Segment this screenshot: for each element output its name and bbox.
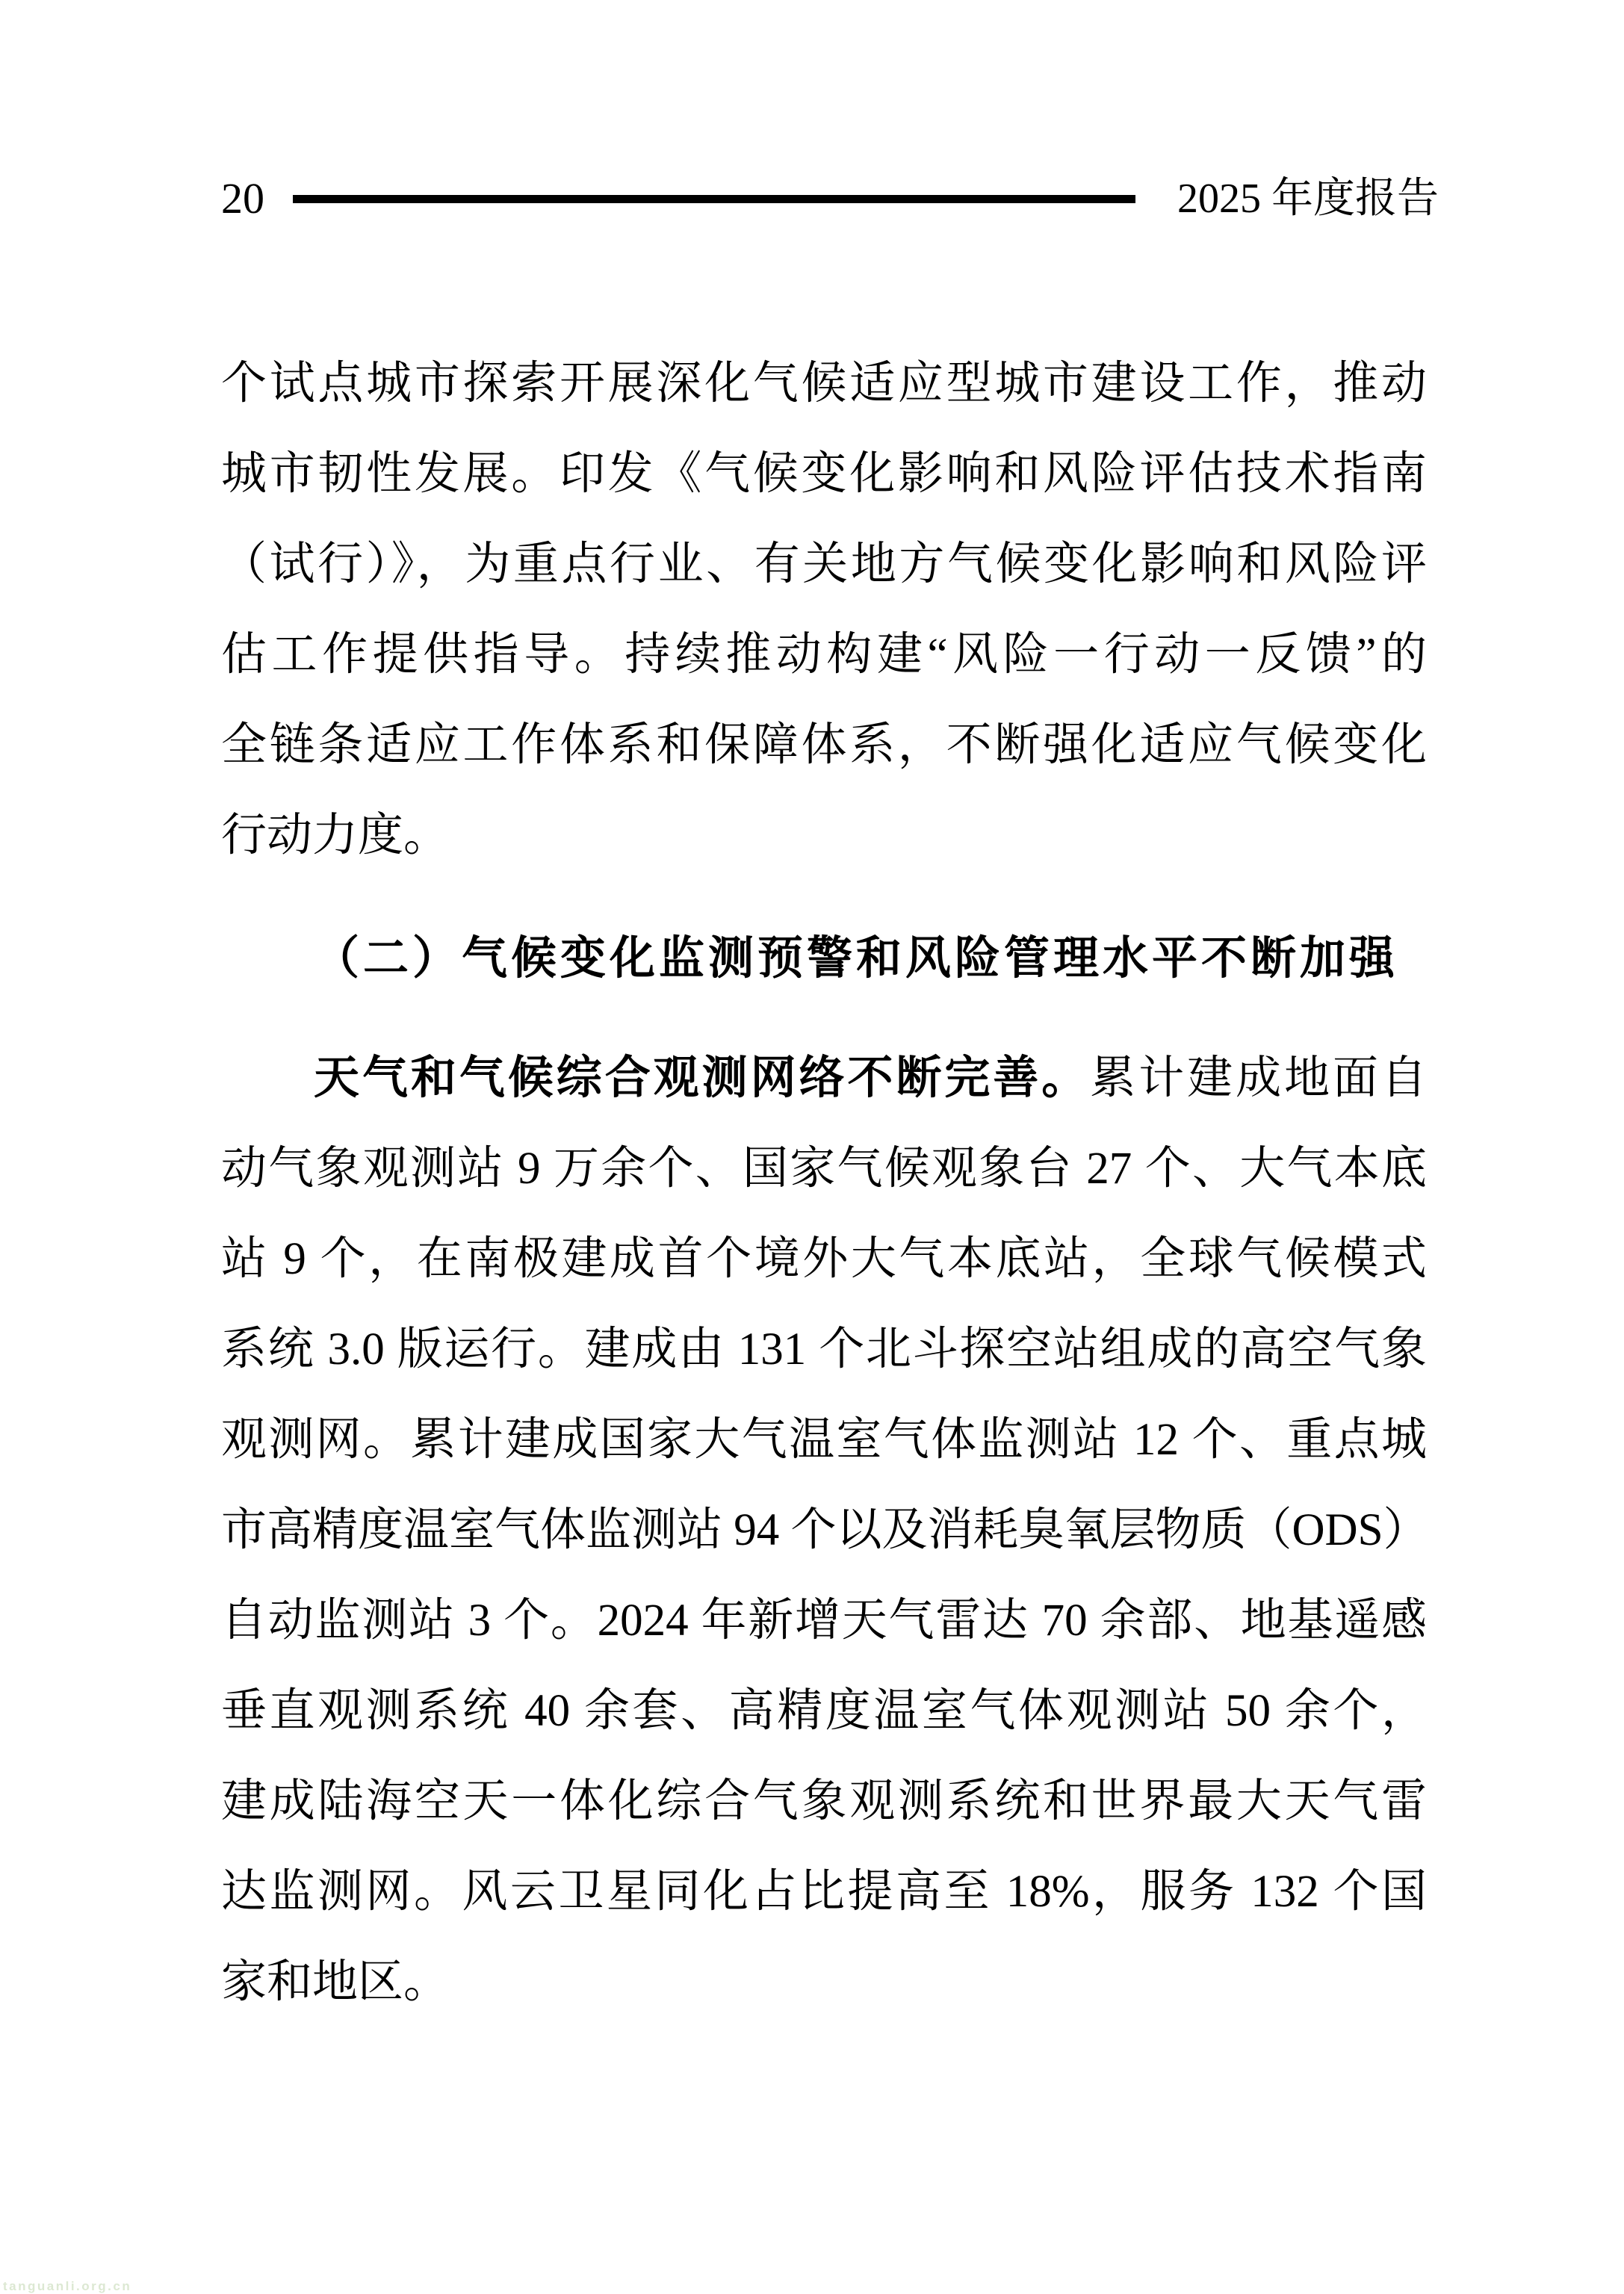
paragraph-line: 城市韧性发展。印发《气候变化影响和风险评估技术指南 bbox=[221, 429, 1427, 519]
paragraph-line: 家和地区。 bbox=[221, 1937, 1427, 2027]
page-number: 20 bbox=[221, 177, 264, 220]
paragraph-line: 行动力度。 bbox=[221, 790, 1427, 881]
paragraph-line: 天气和气候综合观测网络不断完善。累计建成地面自 bbox=[221, 1033, 1427, 1123]
section-heading: （二）气候变化监测预警和风险管理水平不断加强 bbox=[221, 914, 1427, 1004]
paragraph-line: 达监测网。风云卫星同化占比提高至 18%，服务 132 个国 bbox=[221, 1847, 1427, 1937]
paragraph-line: 自动监测站 3 个。2024 年新增天气雷达 70 余部、地基遥感 bbox=[221, 1575, 1427, 1666]
paragraph-line: 全链条适应工作体系和保障体系，不断强化适应气候变化 bbox=[221, 700, 1427, 790]
header-rule bbox=[293, 195, 1135, 203]
paragraph-line: 个试点城市探索开展深化气候适应型城市建设工作，推动 bbox=[221, 338, 1427, 429]
paragraph-lead-bold: 天气和气候综合观测网络不断完善。 bbox=[314, 1053, 1090, 1103]
paragraph-line: 估工作提供指导。持续推动构建“风险一行动一反馈”的 bbox=[221, 610, 1427, 700]
paragraph-lead-rest: 累计建成地面自 bbox=[1090, 1053, 1427, 1103]
document-body: 个试点城市探索开展深化气候适应型城市建设工作，推动 城市韧性发展。印发《气候变化… bbox=[221, 338, 1427, 2027]
paragraph-line: 动气象观测站 9 万余个、国家气候观象台 27 个、大气本底 bbox=[221, 1123, 1427, 1214]
paragraph-line: 观测网。累计建成国家大气温室气体监测站 12 个、重点城 bbox=[221, 1395, 1427, 1485]
watermark: tanguanli.org.cn bbox=[3, 2279, 131, 2294]
paragraph-line: 建成陆海空天一体化综合气象观测系统和世界最大天气雷 bbox=[221, 1756, 1427, 1847]
page-header: 20 2025 年度报告 bbox=[221, 158, 1439, 239]
document-page: { "header": { "page_number": "20", "titl… bbox=[0, 0, 1624, 2294]
paragraph-line: 系统 3.0 版运行。建成由 131 个北斗探空站组成的高空气象 bbox=[221, 1304, 1427, 1395]
paragraph-line: 垂直观测系统 40 余套、高精度温室气体观测站 50 余个， bbox=[221, 1666, 1427, 1756]
header-title: 2025 年度报告 bbox=[1177, 178, 1439, 220]
paragraph-line: （试行）》，为重点行业、有关地方气候变化影响和风险评 bbox=[221, 519, 1427, 610]
paragraph-line: 站 9 个，在南极建成首个境外大气本底站，全球气候模式 bbox=[221, 1214, 1427, 1304]
paragraph-line: 市高精度温室气体监测站 94 个以及消耗臭氧层物质（ODS） bbox=[221, 1485, 1427, 1575]
